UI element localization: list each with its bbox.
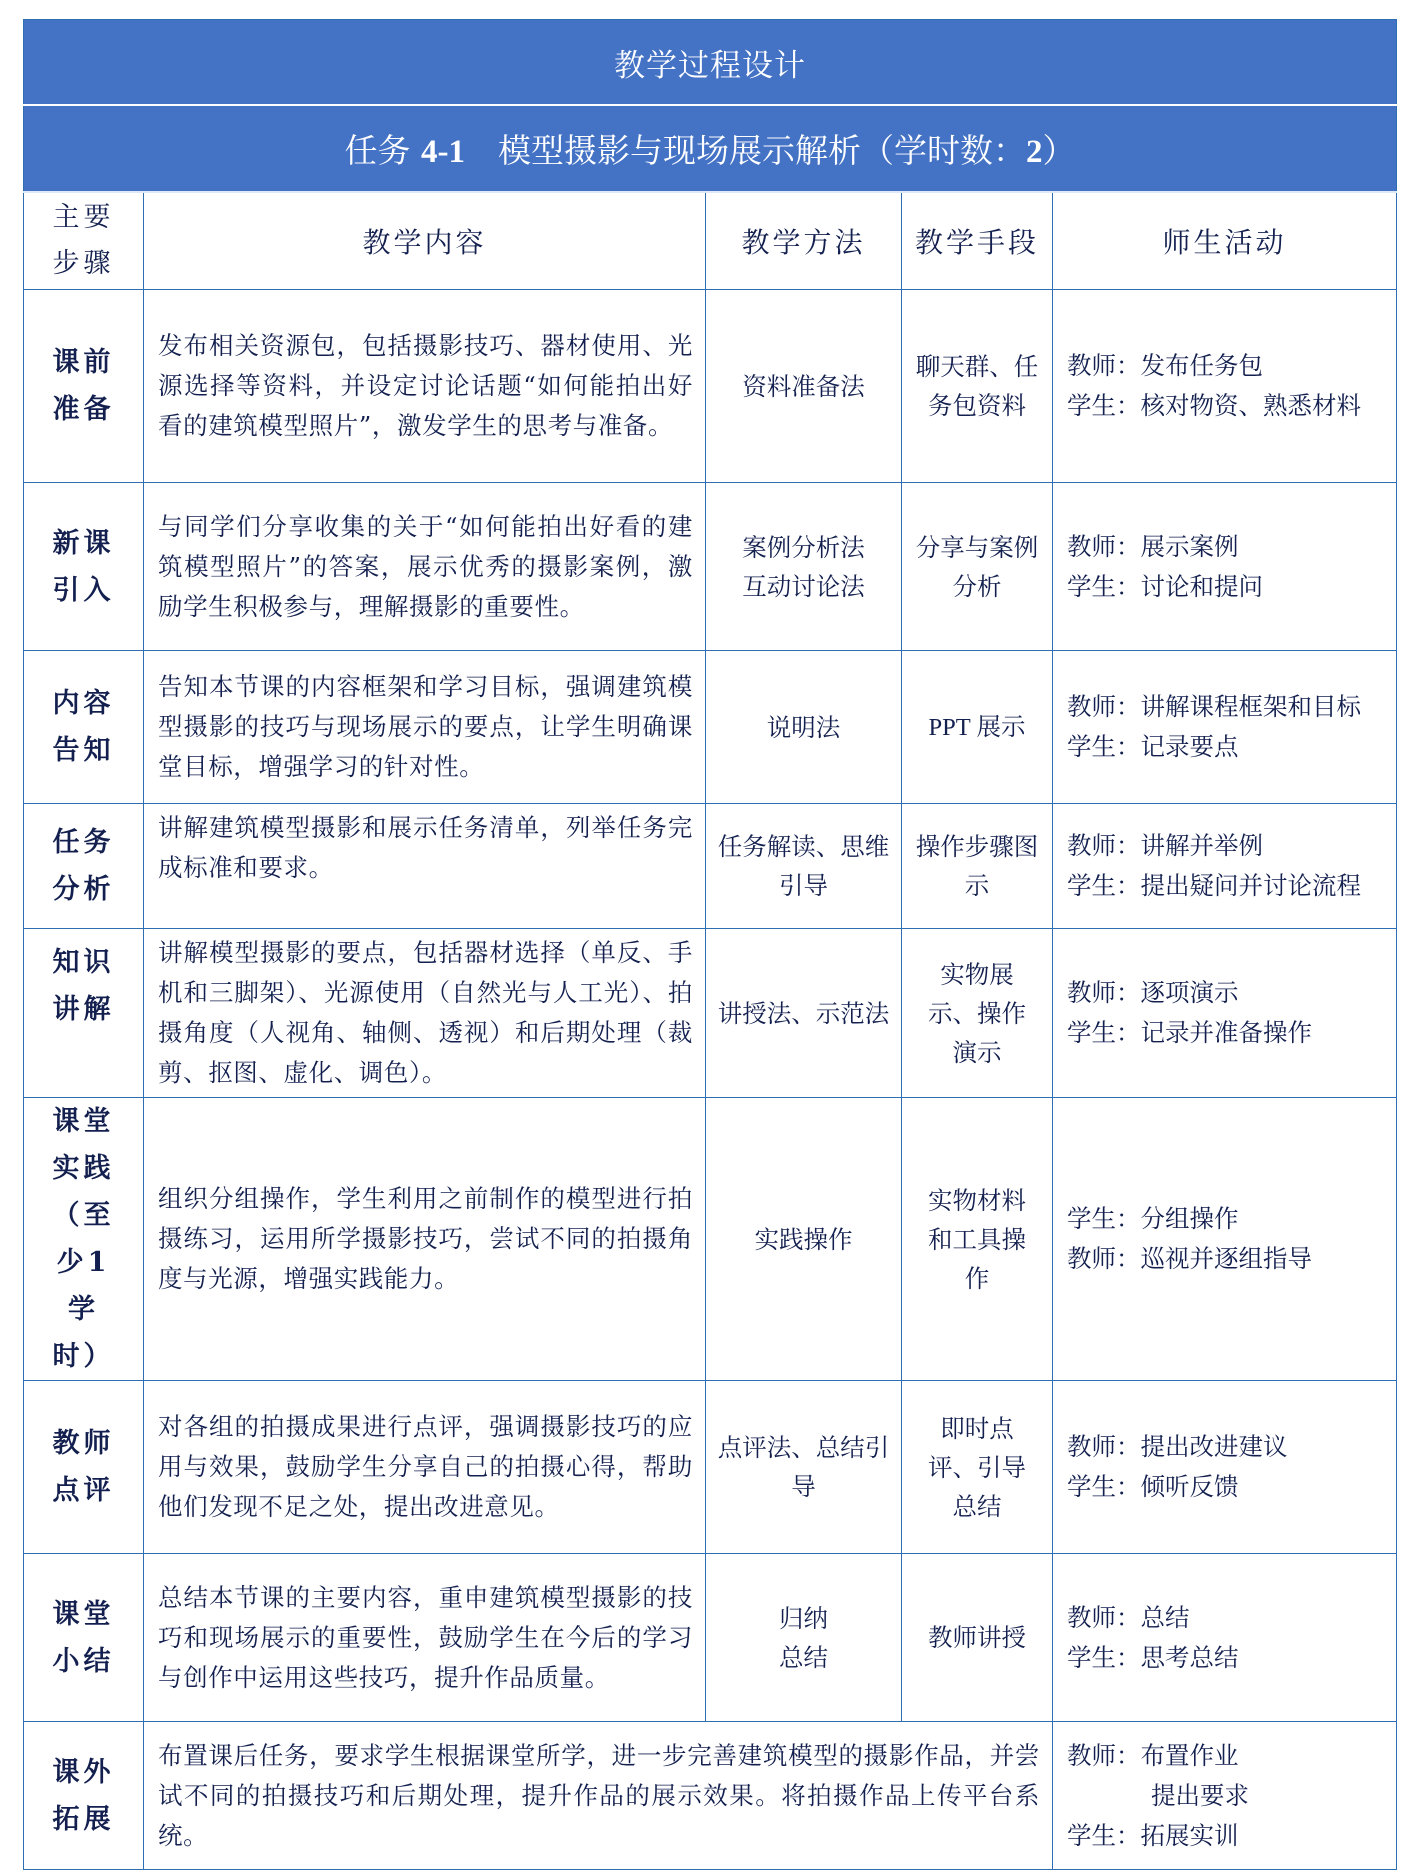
task-name: 模型摄影与现场展示解析（学时数： [465,131,1026,170]
table-row: 内容告知 告知本节课的内容框架和学习目标，强调建筑模型摄影的技巧与现场展示的要点… [24,651,1397,804]
table-row: 任务分析 讲解建筑模型摄影和展示任务清单，列举任务完成标准和要求。 任务解读、思… [24,804,1397,929]
activity-student: 学生：拓展实训 [1067,1816,1388,1856]
method-cell: 点评法、总结引导 [706,1381,902,1554]
content-cell: 总结本节课的主要内容，重申建筑模型摄影的技巧和现场展示的重要性，鼓励学生在今后的… [144,1554,706,1722]
activity-cell: 教师：讲解课程框架和目标 学生：记录要点 [1053,651,1397,804]
table-row: 课堂实践（至少1学时） 组织分组操作，学生利用之前制作的模型进行拍摄练习，运用所… [24,1098,1397,1381]
method-cell: 实践操作 [706,1098,902,1381]
method-cell: 讲授法、示范法 [706,929,902,1098]
method-cell: 资料准备法 [706,290,902,483]
activity-cell: 教师：展示案例 学生：讨论和提问 [1053,483,1397,651]
means-cell: 操作步骤图示 [902,804,1053,929]
activity-teacher: 教师：提出改进建议 [1067,1427,1388,1467]
content-cell: 讲解模型摄影的要点，包括器材选择（单反、手机和三脚架）、光源使用（自然光与人工光… [144,929,706,1098]
step-label: 课外拓展 [52,1749,116,1843]
task-number: 4-1 [421,134,465,170]
activity-student: 学生：提出疑问并讨论流程 [1067,866,1388,906]
activity-teacher: 教师：讲解并举例 [1067,826,1388,866]
table-row: 新课引入 与同学们分享收集的关于“如何能拍出好看的建筑模型照片”的答案，展示优秀… [24,483,1397,651]
activity-teacher: 教师：讲解课程框架和目标 [1067,687,1388,727]
step-label: 教师点评 [52,1420,116,1514]
activity-teacher: 教师：布置作业 [1067,1736,1388,1776]
means-label: 实物材料和工具操作 [922,1181,1032,1298]
step-cell: 新课引入 [24,483,144,651]
method-cell: 任务解读、思维引导 [706,804,902,929]
content-cell: 组织分组操作，学生利用之前制作的模型进行拍摄练习，运用所学摄影技巧，尝试不同的拍… [144,1098,706,1381]
subtitle-suffix: ） [1043,131,1076,170]
method-label: 案例分析法 互动讨论法 [739,528,869,606]
method-cell: 归纳 总结 [706,1554,902,1722]
subtitle-prefix: 任务 [345,131,422,170]
activity-cell: 教师：讲解并举例 学生：提出疑问并讨论流程 [1053,804,1397,929]
means-cell: 教师讲授 [902,1554,1053,1722]
step-cell: 知识讲解 [24,929,144,1098]
activity-student: 学生：思考总结 [1067,1638,1388,1678]
content-cell: 对各组的拍摄成果进行点评，强调摄影技巧的应用与效果，鼓励学生分享自己的拍摄心得，… [144,1381,706,1554]
header-row: 主要步骤 教学内容 教学方法 教学手段 师生活动 [24,192,1397,290]
means-cell: 实物展示、操作演示 [902,929,1053,1098]
table-row: 教师点评 对各组的拍摄成果进行点评，强调摄影技巧的应用与效果，鼓励学生分享自己的… [24,1381,1397,1554]
activity-cell: 教师：逐项演示 学生：记录并准备操作 [1053,929,1397,1098]
step-cell: 任务分析 [24,804,144,929]
header-activity: 师生活动 [1053,192,1397,290]
activity-teacher: 教师：巡视并逐组指导 [1067,1239,1388,1279]
means-cell: 分享与案例分析 [902,483,1053,651]
header-method: 教学方法 [706,192,902,290]
activity-teacher: 教师：逐项演示 [1067,973,1388,1013]
table-row: 课外拓展 布置课后任务，要求学生根据课堂所学，进一步完善建筑模型的摄影作品，并尝… [24,1722,1397,1870]
activity-student: 学生：倾听反馈 [1067,1467,1388,1507]
activity-cell: 教师：总结 学生：思考总结 [1053,1554,1397,1722]
step-label: 课堂小结 [52,1591,116,1685]
activity-teacher: 教师：总结 [1067,1598,1388,1638]
table-row: 课堂小结 总结本节课的主要内容，重申建筑模型摄影的技巧和现场展示的重要性，鼓励学… [24,1554,1397,1722]
method-cell: 案例分析法 互动讨论法 [706,483,902,651]
activity-student: 学生：核对物资、熟悉材料 [1067,386,1388,426]
document-title: 教学过程设计 [24,20,1397,106]
activity-cell: 学生：分组操作 教师：巡视并逐组指导 [1053,1098,1397,1381]
method-label: 归纳 总结 [774,1599,834,1677]
means-cell: PPT 展示 [902,651,1053,804]
means-cell: 实物材料和工具操作 [902,1098,1053,1381]
activity-teacher-continued: 提出要求 [1067,1776,1388,1816]
teaching-process-design-document: 教学过程设计 任务 4-1 模型摄影与现场展示解析（学时数：2） 主要步骤 教学… [23,19,1396,1870]
step-cell: 课堂小结 [24,1554,144,1722]
activity-student: 学生：记录要点 [1067,727,1388,767]
class-hours: 2 [1026,134,1043,170]
activity-student: 学生：分组操作 [1067,1199,1388,1239]
method-cell: 说明法 [706,651,902,804]
header-means: 教学手段 [902,192,1053,290]
activity-teacher: 教师：展示案例 [1067,527,1388,567]
step-label: 内容告知 [52,680,116,774]
header-content: 教学内容 [144,192,706,290]
step-label: 课堂实践（至少1学时） [52,1098,116,1380]
teaching-process-table: 教学过程设计 任务 4-1 模型摄影与现场展示解析（学时数：2） 主要步骤 教学… [23,19,1397,1870]
content-cell: 讲解建筑模型摄影和展示任务清单，列举任务完成标准和要求。 [144,804,706,929]
step-cell: 教师点评 [24,1381,144,1554]
content-cell: 告知本节课的内容框架和学习目标，强调建筑模型摄影的技巧与现场展示的要点，让学生明… [144,651,706,804]
content-cell: 与同学们分享收集的关于“如何能拍出好看的建筑模型照片”的答案，展示优秀的摄影案例… [144,483,706,651]
content-cell: 发布相关资源包，包括摄影技巧、器材使用、光源选择等资料，并设定讨论话题“如何能拍… [144,290,706,483]
activity-student: 学生：记录并准备操作 [1067,1013,1388,1053]
activity-cell: 教师：提出改进建议 学生：倾听反馈 [1053,1381,1397,1554]
means-cell: 聊天群、任务包资料 [902,290,1053,483]
step-label: 知识讲解 [52,939,116,1033]
content-cell: 布置课后任务，要求学生根据课堂所学，进一步完善建筑模型的摄影作品，并尝试不同的拍… [144,1722,1053,1870]
task-subtitle: 任务 4-1 模型摄影与现场展示解析（学时数：2） [24,105,1397,192]
means-cell: 即时点评、引导总结 [902,1381,1053,1554]
activity-student: 学生：讨论和提问 [1067,567,1388,607]
header-step: 主要步骤 [24,192,144,290]
step-label: 新课引入 [52,520,116,614]
step-label: 任务分析 [52,819,116,913]
means-label: 即时点评、引导总结 [922,1409,1032,1526]
table-row: 课前准备 发布相关资源包，包括摄影技巧、器材使用、光源选择等资料，并设定讨论话题… [24,290,1397,483]
activity-cell: 教师：布置作业 提出要求 学生：拓展实训 [1053,1722,1397,1870]
means-label: 实物展示、操作演示 [927,955,1027,1072]
table-row: 知识讲解 讲解模型摄影的要点，包括器材选择（单反、手机和三脚架）、光源使用（自然… [24,929,1397,1098]
step-cell: 课外拓展 [24,1722,144,1870]
header-step-label: 主要步骤 [52,195,116,287]
activity-teacher: 教师：发布任务包 [1067,346,1388,386]
step-cell: 课前准备 [24,290,144,483]
step-label: 课前准备 [52,339,116,433]
step-cell: 课堂实践（至少1学时） [24,1098,144,1381]
activity-cell: 教师：发布任务包 学生：核对物资、熟悉材料 [1053,290,1397,483]
step-cell: 内容告知 [24,651,144,804]
